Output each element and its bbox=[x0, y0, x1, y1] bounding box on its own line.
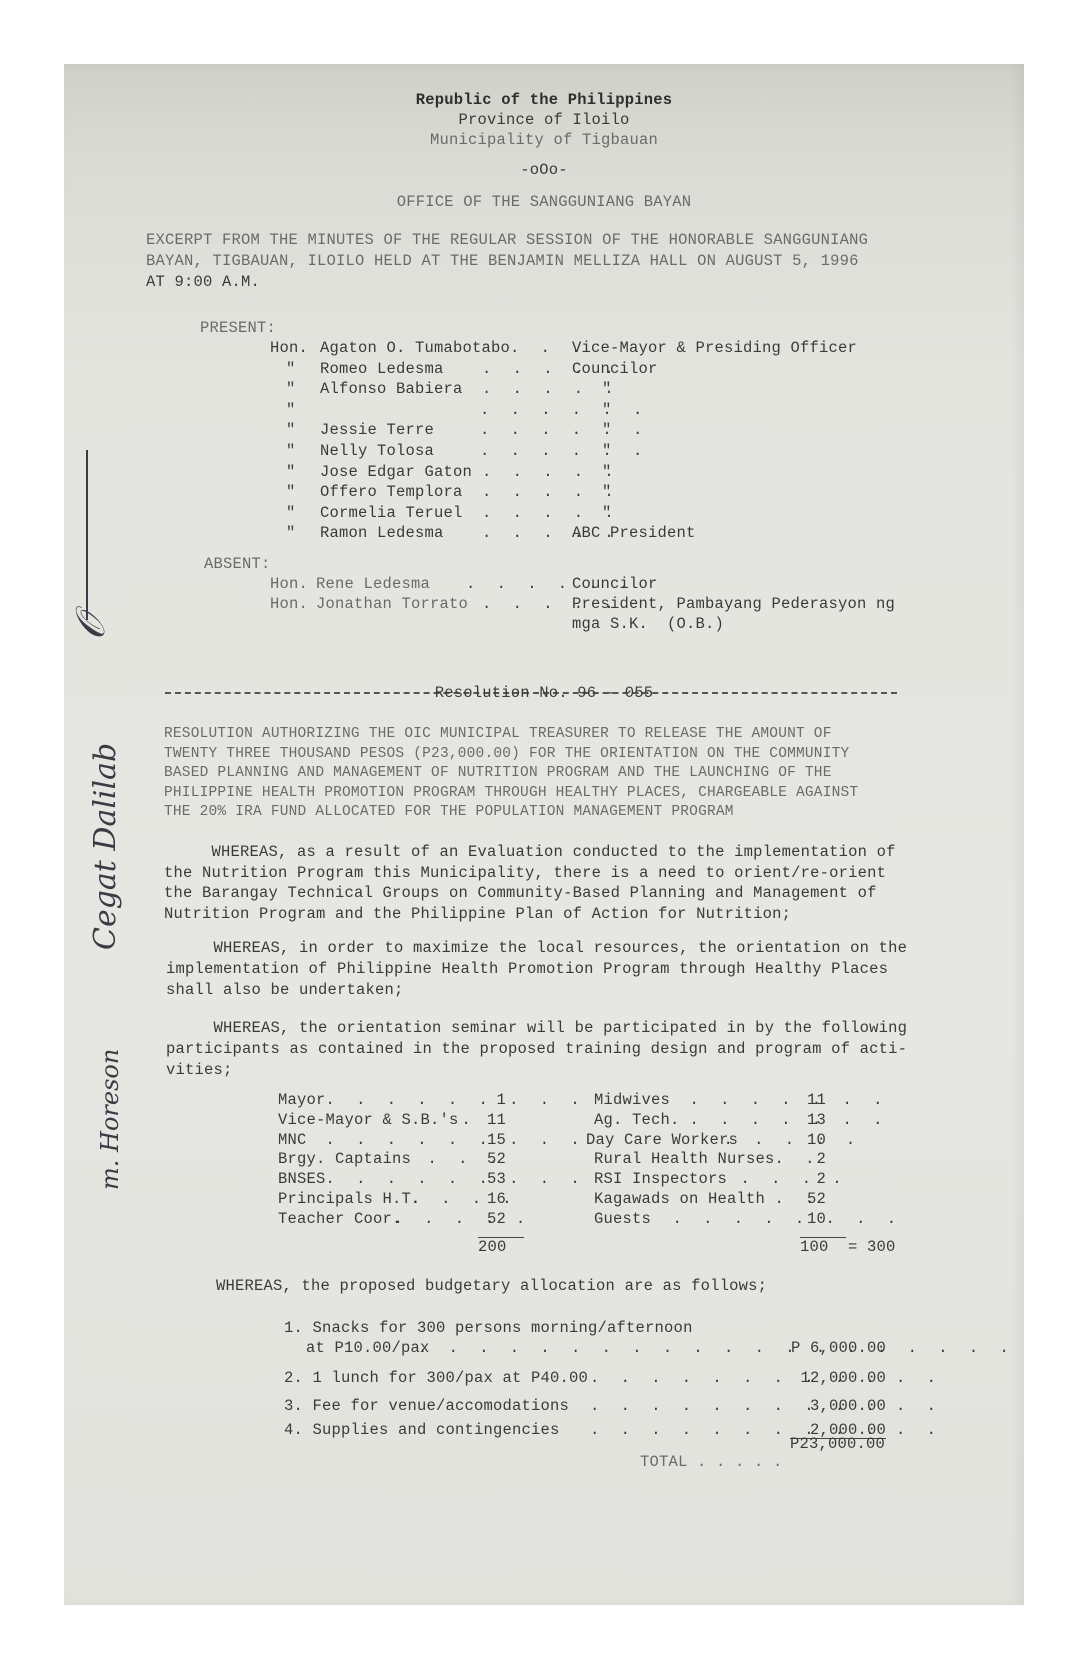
member-position: " bbox=[602, 482, 612, 502]
participant-count: 11 bbox=[470, 1110, 506, 1130]
excerpt-line-1: EXCERPT FROM THE MINUTES OF THE REGULAR … bbox=[146, 230, 868, 250]
participant-count: 52 bbox=[790, 1189, 826, 1209]
excerpt-line-2: BAYAN, TIGBAUAN, ILOILO HELD AT THE BENJ… bbox=[146, 251, 859, 271]
participant-label: Principals H.T. bbox=[278, 1189, 421, 1209]
member-name: Offero Templora bbox=[320, 482, 463, 502]
whereas-line: vities; bbox=[166, 1060, 233, 1080]
leader-dots: . . . . . . bbox=[480, 400, 648, 420]
whereas-line: WHEREAS, as a result of an Evaluation co… bbox=[164, 842, 896, 862]
participant-count: 13 bbox=[790, 1110, 826, 1130]
member-prefix: " bbox=[286, 523, 296, 543]
member-prefix: Hon. bbox=[270, 338, 308, 358]
participant-count: 15 bbox=[470, 1130, 506, 1150]
member-position: Councilor bbox=[572, 359, 658, 379]
leader-dots: . . . . . . . . . bbox=[326, 1169, 586, 1189]
member-position: " bbox=[602, 503, 612, 523]
budget-item-label: 3. Fee for venue/accomodations bbox=[284, 1396, 569, 1416]
member-name: Alfonso Babiera bbox=[320, 379, 463, 399]
leader-dots: . . . . . . . . . . . . . . . . . . . . bbox=[418, 1338, 1015, 1358]
participant-label: Rural Health Nurses bbox=[594, 1149, 775, 1169]
grand-total: = 300 bbox=[848, 1237, 896, 1257]
budget-total-amount: P23,000.00 bbox=[790, 1434, 885, 1454]
margin-note-name: m. Horeson bbox=[96, 1049, 124, 1190]
member-prefix: " bbox=[286, 482, 296, 502]
absent-position: Councilor bbox=[572, 574, 658, 594]
budget-item-amount: 12,000.00 bbox=[760, 1368, 886, 1388]
member-name: Romeo Ledesma bbox=[320, 359, 444, 379]
member-name: Nelly Tolosa bbox=[320, 441, 434, 461]
header-municipality: Municipality of Tigbauan bbox=[64, 130, 1024, 150]
leader-dots: . . . . . bbox=[482, 379, 620, 399]
leader-dots: . . . . . . . . . bbox=[326, 1130, 586, 1150]
member-position: ABC President bbox=[572, 523, 696, 543]
present-label: PRESENT: bbox=[200, 318, 276, 338]
participant-count: 52 bbox=[470, 1149, 506, 1169]
member-position: Vice-Mayor & Presiding Officer bbox=[572, 338, 857, 358]
leader-dots: . . . . . bbox=[482, 482, 620, 502]
participant-label: BNSES bbox=[278, 1169, 326, 1189]
resolution-title-line: PHILIPPINE HEALTH PROMOTION PROGRAM THRO… bbox=[164, 783, 858, 803]
member-position: " bbox=[602, 400, 612, 420]
budget-item-amount: 3,000.00 bbox=[760, 1396, 886, 1416]
member-position: " bbox=[602, 462, 612, 482]
participant-label: Midwives bbox=[594, 1090, 670, 1110]
excerpt-line-3: AT 9:00 A.M. bbox=[146, 272, 260, 292]
member-prefix: " bbox=[286, 400, 296, 420]
leader-dots: . . . . . . . bbox=[690, 1090, 889, 1110]
absent-prefix: Hon. bbox=[270, 574, 308, 594]
member-prefix: " bbox=[286, 379, 296, 399]
participant-count: 2 bbox=[790, 1169, 826, 1189]
resolution-title-line: TWENTY THREE THOUSAND PESOS (P23,000.00)… bbox=[164, 744, 849, 764]
member-name: Cormelia Teruel bbox=[320, 503, 463, 523]
member-prefix: " bbox=[286, 462, 296, 482]
participant-label: Brgy. Captains bbox=[278, 1149, 411, 1169]
participant-label: MNC bbox=[278, 1130, 307, 1150]
budget-item-rate: at P10.00/pax bbox=[306, 1338, 430, 1358]
participant-count: 10 bbox=[790, 1130, 826, 1150]
absent-name: Jonathan Torrato bbox=[316, 594, 468, 614]
header-separator: -oOo- bbox=[64, 160, 1024, 180]
member-name: Jessie Terre bbox=[320, 420, 434, 440]
absent-position: President, Pambayang Pederasyon ng bbox=[572, 594, 895, 614]
participant-label: Ag. Tech. bbox=[594, 1110, 680, 1130]
budget-intro: WHEREAS, the proposed budgetary allocati… bbox=[216, 1276, 767, 1296]
whereas-line: the Barangay Technical Groups on Communi… bbox=[164, 883, 877, 903]
leader-dots: . . . . . bbox=[482, 503, 620, 523]
member-position: " bbox=[602, 441, 612, 461]
participant-label: Vice-Mayor & S.B.'s bbox=[278, 1110, 459, 1130]
budget-item-amount: P 6,000.00 bbox=[760, 1338, 886, 1358]
member-name: Agaton O. Tumabotabo bbox=[320, 338, 510, 358]
whereas-line: the Nutrition Program this Municipality,… bbox=[164, 863, 886, 883]
member-name: Ramon Ledesma bbox=[320, 523, 444, 543]
participant-count: 16 bbox=[470, 1189, 506, 1209]
participant-count: 10 bbox=[790, 1209, 826, 1229]
participant-label: Teacher Coor. bbox=[278, 1209, 402, 1229]
member-position: " bbox=[602, 420, 612, 440]
leader-dots: . . . . . . . . . bbox=[326, 1090, 586, 1110]
resolution-title-line: BASED PLANNING AND MANAGEMENT OF NUTRITI… bbox=[164, 763, 832, 783]
absent-position-cont: mga S.K. (O.B.) bbox=[572, 614, 724, 634]
leader-dots: . . . . . bbox=[482, 462, 620, 482]
member-prefix: " bbox=[286, 441, 296, 461]
participant-count: 52 bbox=[470, 1209, 506, 1229]
participant-count: 11 bbox=[790, 1090, 826, 1110]
signature-initials: 𝒪 bbox=[68, 615, 114, 640]
signature-stroke bbox=[86, 450, 88, 620]
leader-dots: . . . . . . . bbox=[690, 1110, 889, 1130]
whereas-line: WHEREAS, in order to maximize the local … bbox=[166, 938, 907, 958]
right-total: 100 bbox=[800, 1237, 829, 1257]
member-prefix: " bbox=[286, 503, 296, 523]
resolution-title-line: RESOLUTION AUTHORIZING THE OIC MUNICIPAL… bbox=[164, 724, 832, 744]
whereas-line: WHEREAS, the orientation seminar will be… bbox=[166, 1018, 907, 1038]
participant-count: 1 bbox=[470, 1090, 506, 1110]
participant-label: RSI Inspectors bbox=[594, 1169, 727, 1189]
leader-dots: . . . . . . . . bbox=[673, 1209, 903, 1229]
leader-dots: . . . . . . bbox=[480, 441, 648, 461]
absent-name: Rene Ledesma bbox=[316, 574, 430, 594]
leader-dots: . . . . . bbox=[394, 1209, 532, 1229]
absent-prefix: Hon. bbox=[270, 594, 308, 614]
member-name: Jose Edgar Gaton bbox=[320, 462, 472, 482]
member-prefix: " bbox=[286, 359, 296, 379]
resolution-number: Resolution No. 96 - 055 bbox=[64, 683, 1024, 703]
budget-item-label: 1. Snacks for 300 persons morning/aftern… bbox=[284, 1318, 693, 1338]
left-total: 200 bbox=[478, 1237, 507, 1257]
header-republic: Republic of the Philippines bbox=[64, 90, 1024, 110]
participant-label: Mayor bbox=[278, 1090, 326, 1110]
whereas-line: shall also be undertaken; bbox=[166, 980, 404, 1000]
participant-count: 53 bbox=[470, 1169, 506, 1189]
participant-count: 2 bbox=[790, 1149, 826, 1169]
header-province: Province of Iloilo bbox=[64, 110, 1024, 130]
leader-dots: . . . . . . bbox=[480, 420, 648, 440]
margin-note-certified: Cegat Dalilab bbox=[88, 743, 123, 950]
participant-label: Day Care Workers bbox=[586, 1130, 738, 1150]
budget-item-label: 2. 1 lunch for 300/pax at P40.00 bbox=[284, 1368, 588, 1388]
whereas-line: implementation of Philippine Health Prom… bbox=[166, 959, 888, 979]
office-title: OFFICE OF THE SANGGUNIANG BAYAN bbox=[64, 192, 1024, 212]
participant-label: Kagawads on Health bbox=[594, 1189, 765, 1209]
absent-label: ABSENT: bbox=[204, 554, 271, 574]
whereas-line: Nutrition Program and the Philippine Pla… bbox=[164, 904, 791, 924]
member-prefix: " bbox=[286, 420, 296, 440]
budget-item-label: 4. Supplies and contingencies bbox=[284, 1420, 560, 1440]
whereas-line: participants as contained in the propose… bbox=[166, 1039, 907, 1059]
budget-total-label: TOTAL . . . . . bbox=[640, 1452, 783, 1472]
participant-label: Guests bbox=[594, 1209, 651, 1229]
resolution-title-line: THE 20% IRA FUND ALLOCATED FOR THE POPUL… bbox=[164, 802, 734, 822]
member-position: " bbox=[602, 379, 612, 399]
